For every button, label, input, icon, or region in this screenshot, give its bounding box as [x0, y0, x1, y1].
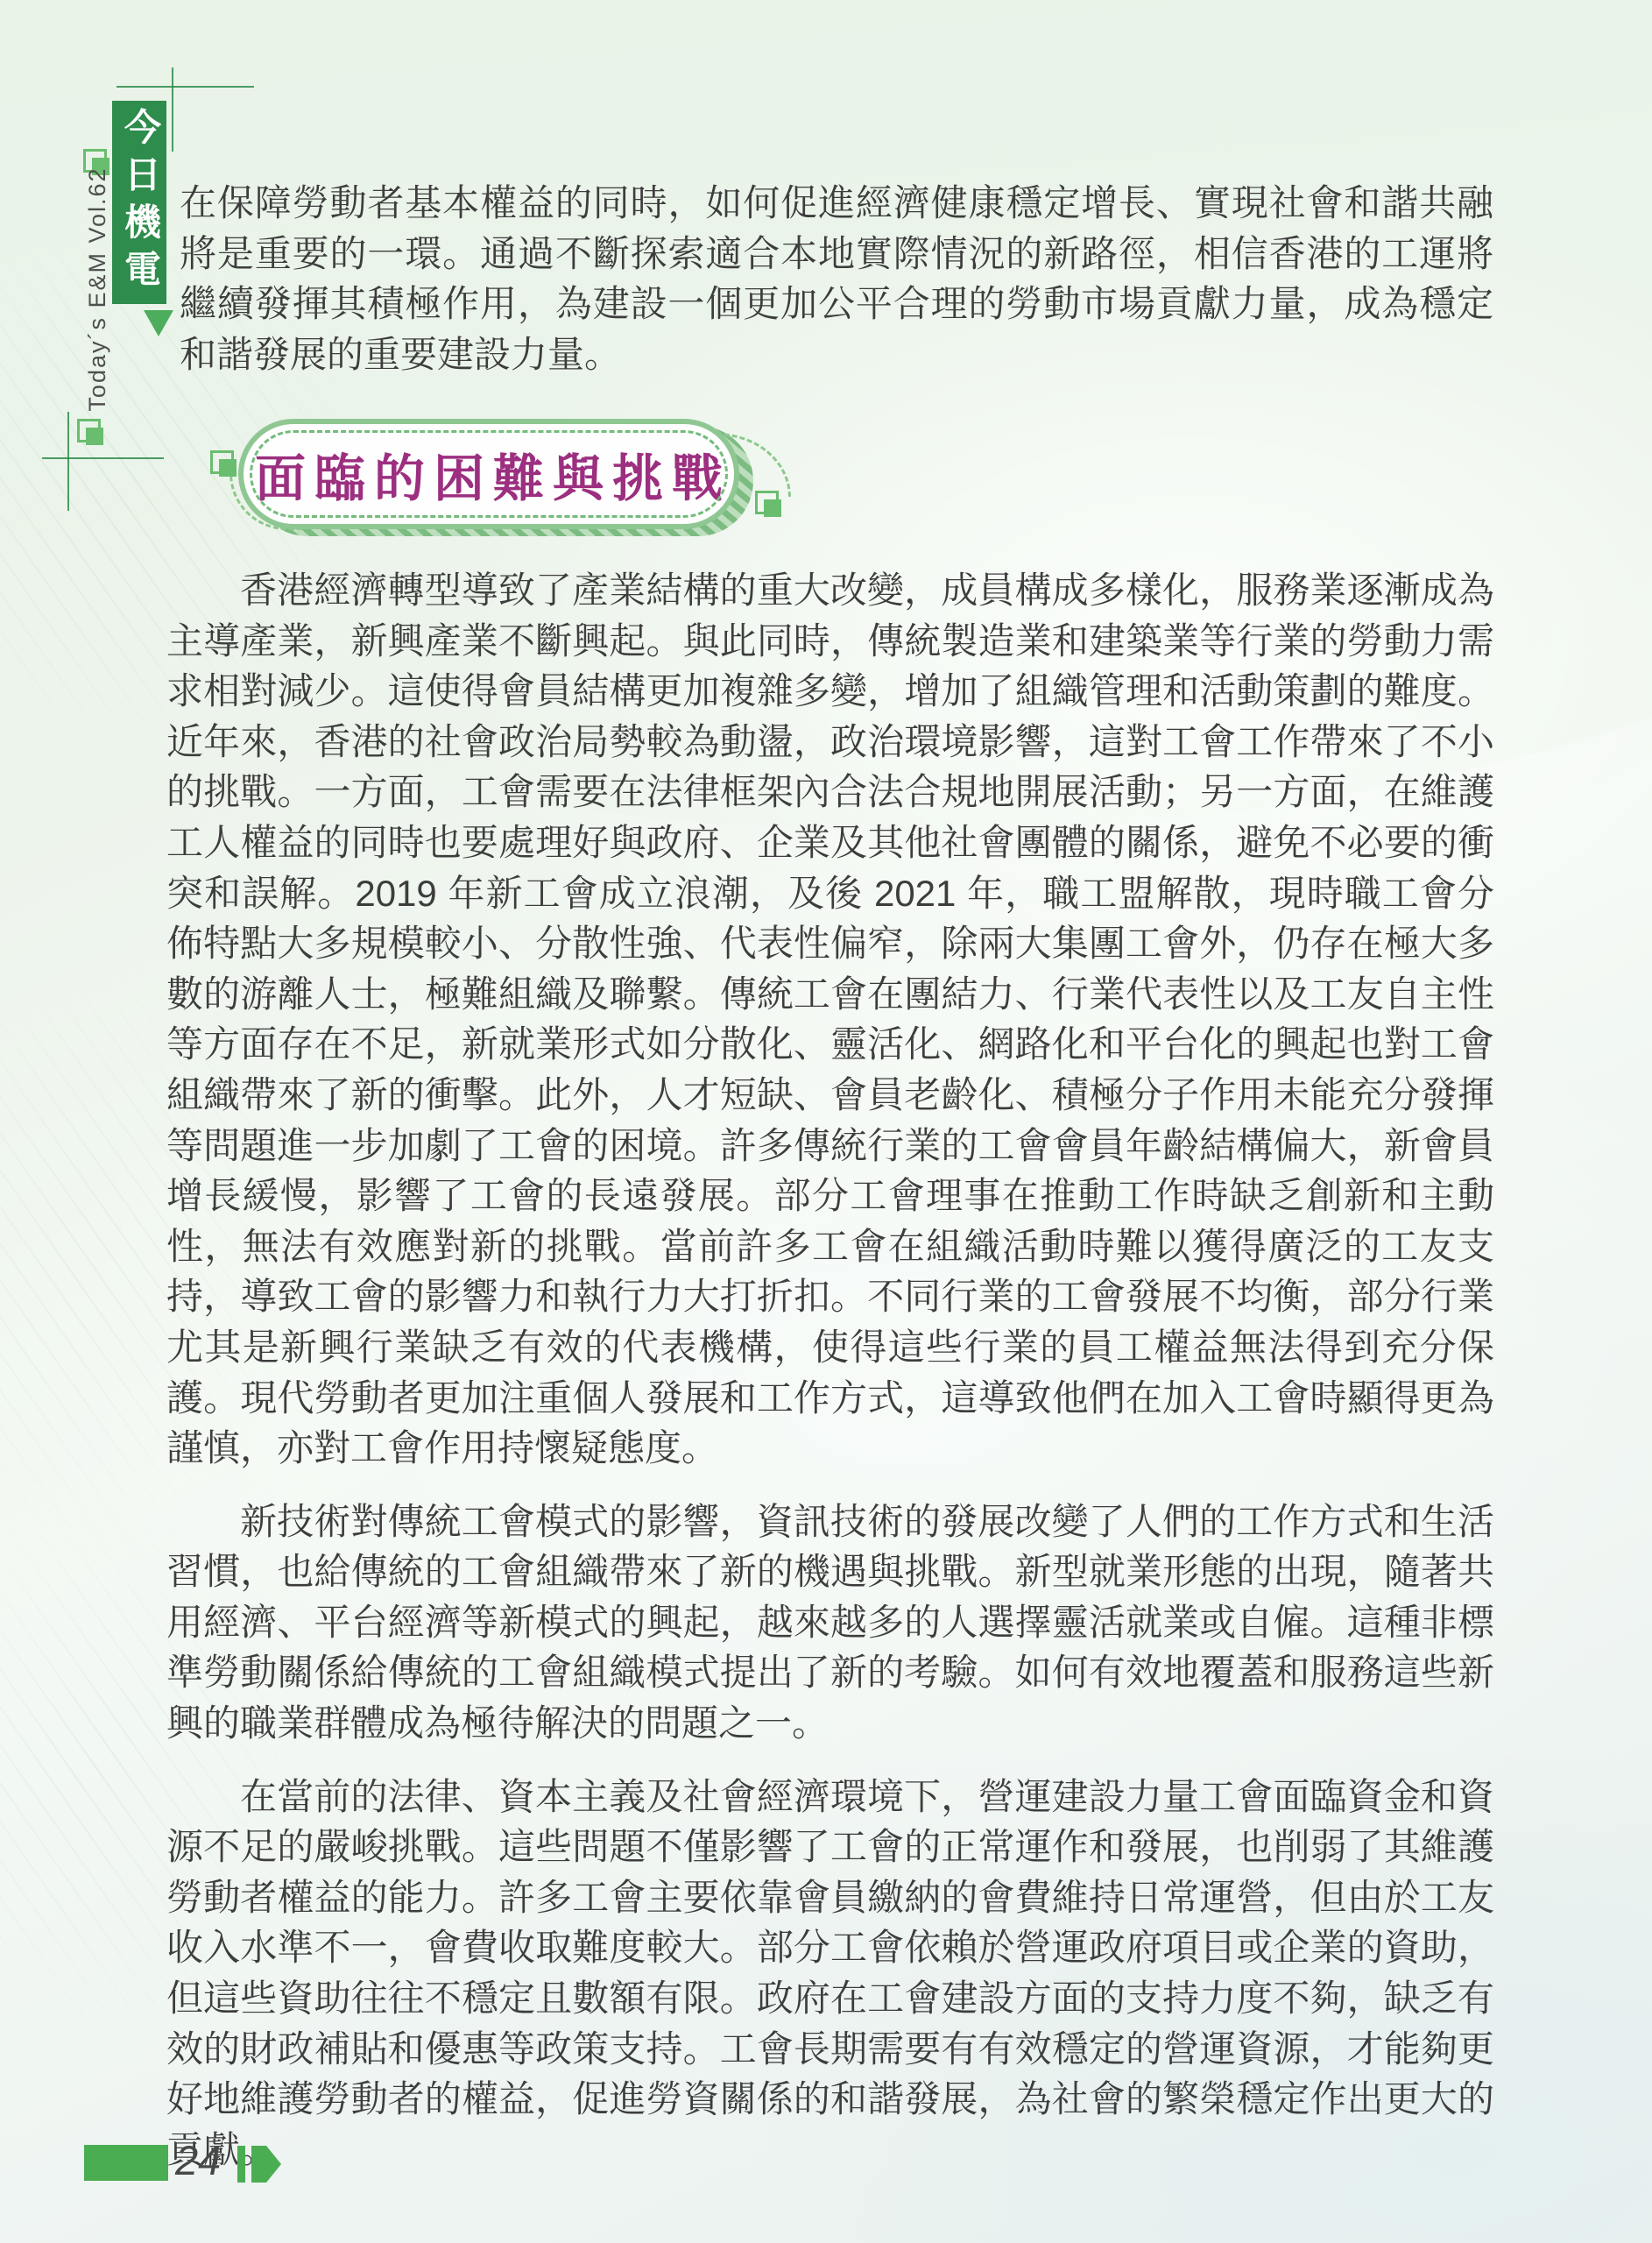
magazine-page: 今日機電 Today´s E&M Vol.62 在保障勞動者基本權益的同時，如何…	[0, 0, 1652, 2243]
crosshair-line-vertical	[172, 67, 173, 152]
article-body: 香港經濟轉型導致了產業結構的重大改變，成員構成多樣化，服務業逐漸成為主導產業，新…	[166, 565, 1494, 2197]
page-number: 24	[175, 2136, 221, 2184]
masthead-title: 今日機電	[113, 108, 166, 297]
crosshair-line-horizontal	[42, 457, 164, 459]
square-filled-icon	[219, 459, 237, 477]
triangle-down-icon	[144, 310, 173, 336]
section-heading-badge: 面臨的困難與挑戰	[224, 410, 820, 559]
body-paragraph: 在當前的法律、資本主義及社會經濟環境下，營運建設力量工會面臨資金和資源不足的嚴峻…	[166, 1772, 1494, 2176]
square-filled-icon	[764, 499, 781, 517]
square-filled-icon	[86, 428, 103, 445]
square-pair-icon	[755, 491, 785, 520]
crosshair-line-vertical	[67, 412, 69, 511]
crosshair-line-horizontal	[116, 86, 254, 88]
square-pair-icon	[210, 450, 240, 480]
body-paragraph: 香港經濟轉型導致了產業結構的重大改變，成員構成多樣化，服務業逐漸成為主導產業，新…	[166, 565, 1494, 1474]
badge-pill: 面臨的困難與挑戰	[238, 419, 739, 529]
footer-accent-bar	[237, 2146, 245, 2183]
footer-green-bar	[84, 2145, 168, 2181]
body-paragraph: 新技術對傳統工會模式的影響，資訊技術的發展改變了人們的工作方式和生活習慣，也給傳…	[166, 1497, 1494, 1749]
masthead-title-box: 今日機電	[112, 101, 166, 304]
square-pair-icon	[77, 419, 107, 449]
intro-paragraph: 在保障勞動者基本權益的同時，如何促進經濟健康穩定增長、實現社會和諧共融將是重要的…	[180, 178, 1493, 379]
edition-label-vertical: Today´s E&M Vol.62	[81, 159, 113, 419]
section-heading: 面臨的困難與挑戰	[246, 437, 731, 511]
